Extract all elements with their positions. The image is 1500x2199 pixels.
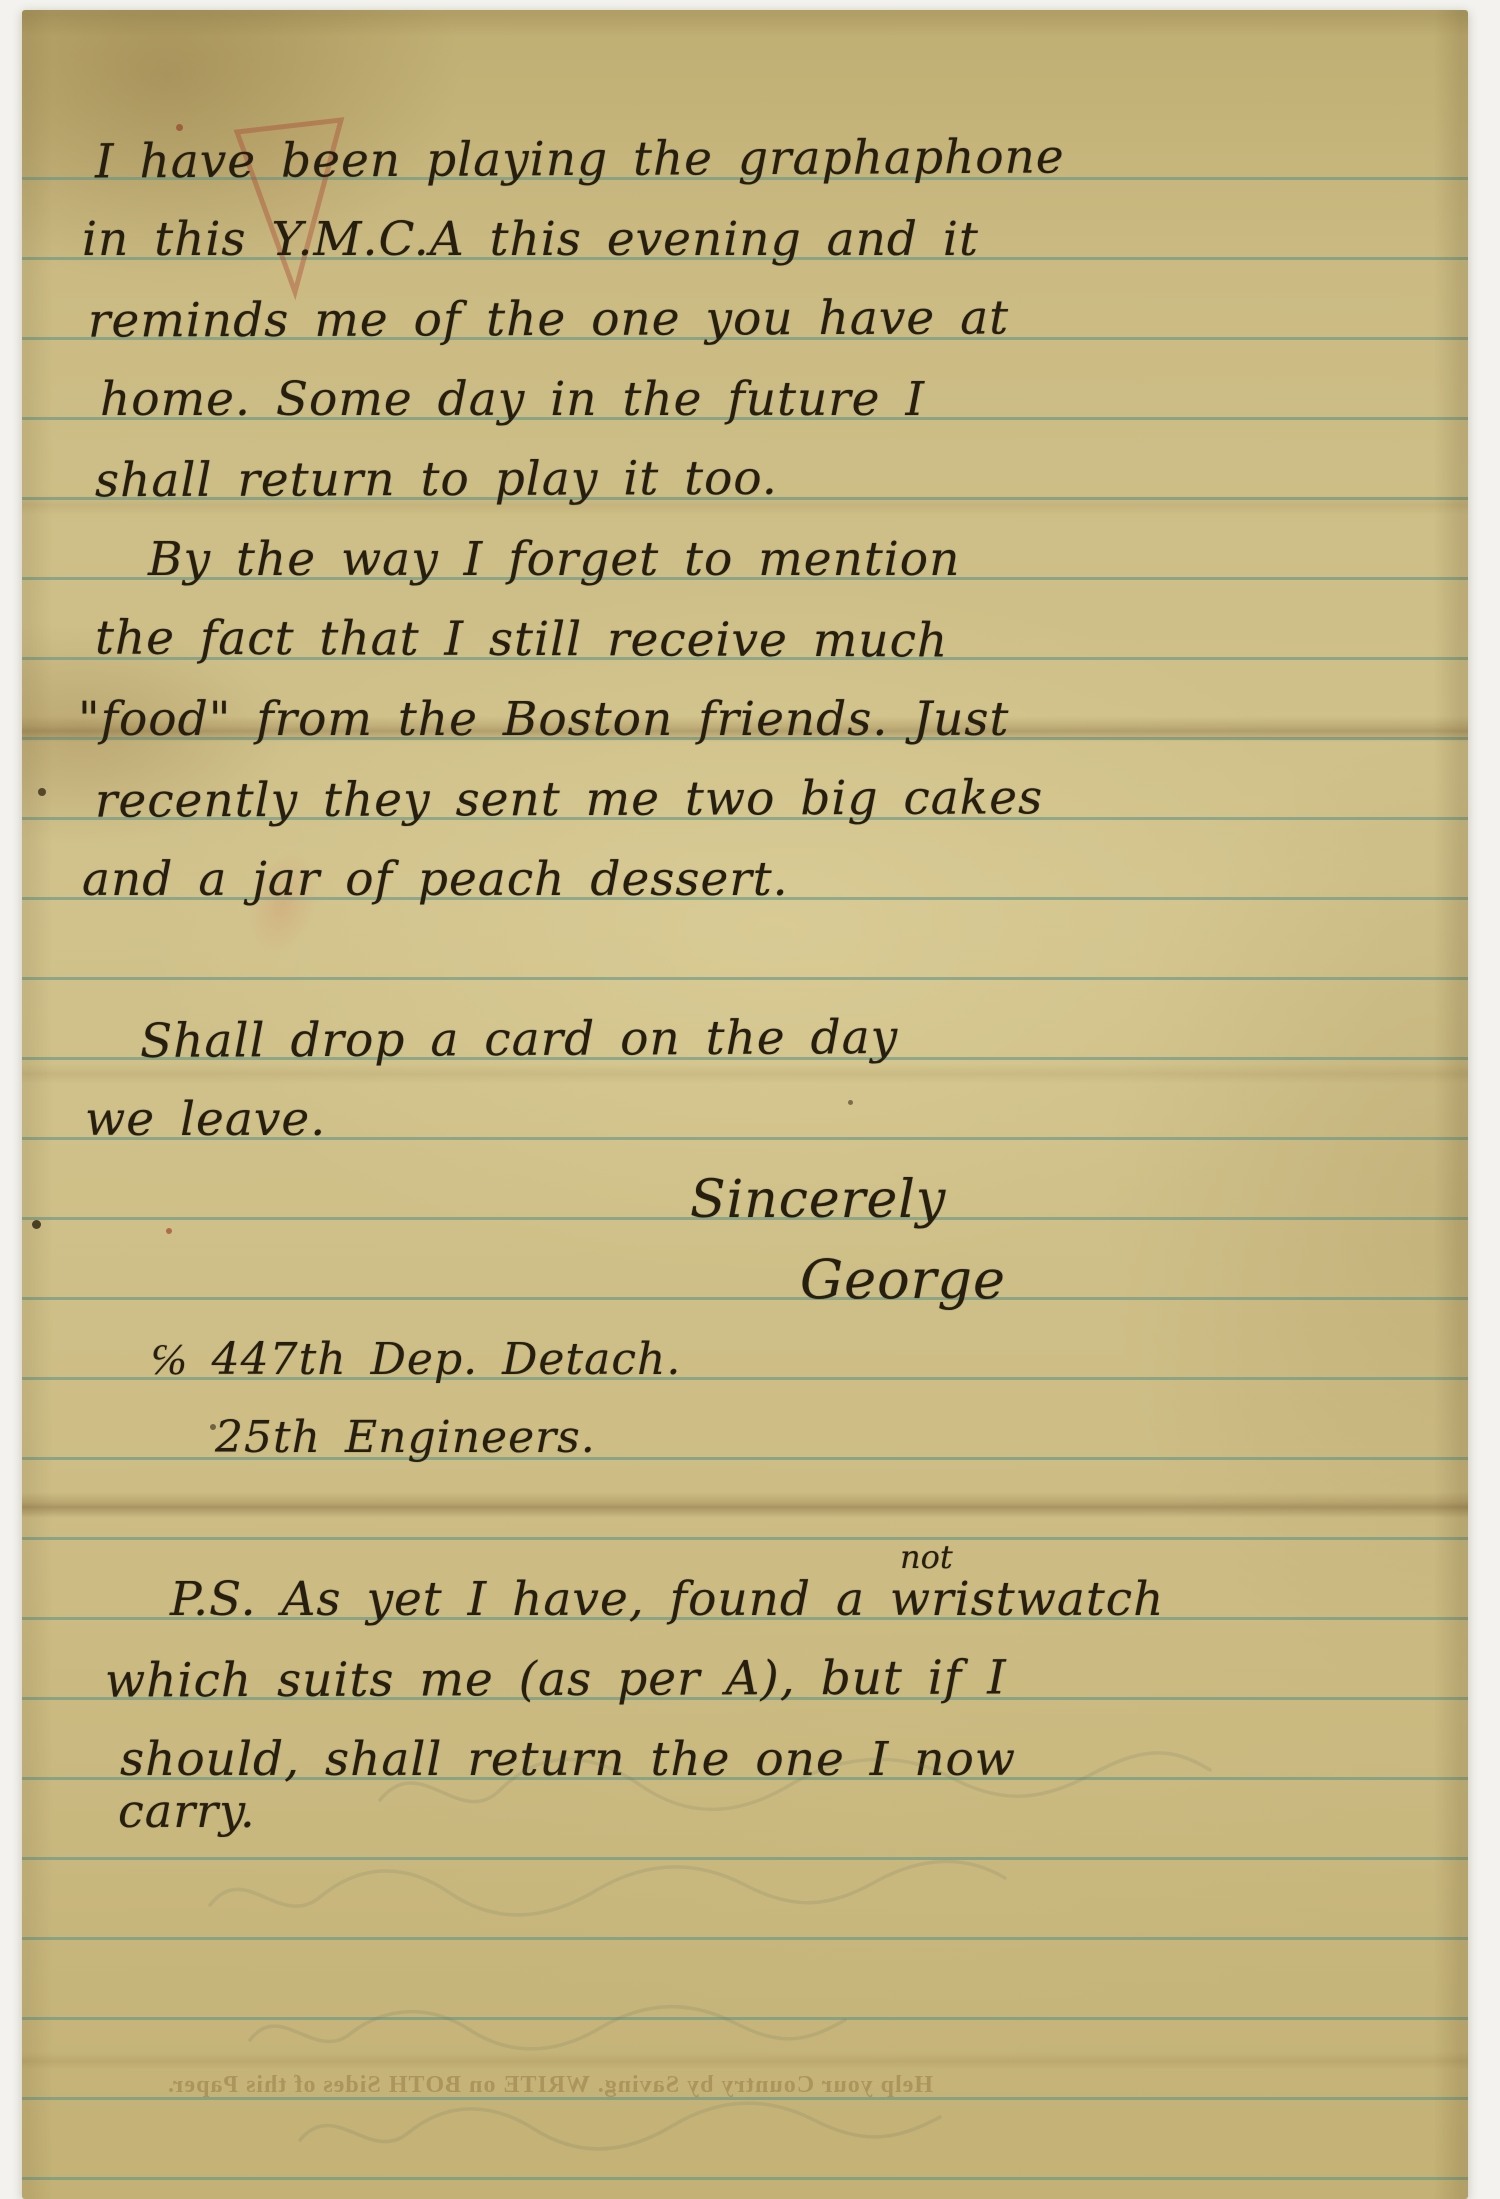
ink-speck xyxy=(176,124,183,131)
unit-address-line-1: ℅ 447th Dep. Detach. xyxy=(150,1336,681,1384)
ink-speck xyxy=(38,788,46,796)
handwriting-line-10: and a jar of peach dessert. xyxy=(82,854,789,906)
handwriting-line-5: shall return to play it too. xyxy=(95,453,778,507)
handwriting-line-4: home. Some day in the future I xyxy=(100,374,925,426)
handwriting-line-8: "food" from the Boston friends. Just xyxy=(78,694,1009,746)
handwriting-line-9: recently they sent me two big cakes xyxy=(95,772,1043,827)
handwriting-line-11: Shall drop a card on the day xyxy=(140,1012,899,1068)
unit-address-line-2: 25th Engineers. xyxy=(215,1414,596,1462)
signature: George xyxy=(800,1250,1006,1309)
letter-scan: I have been playing the graphaphone in t… xyxy=(0,0,1500,2199)
handwriting-line-7: the fact that I still receive much xyxy=(95,613,948,668)
handwriting-line-12: we leave. xyxy=(85,1094,326,1146)
ink-speck xyxy=(848,1100,853,1105)
ink-speck xyxy=(166,1228,172,1234)
postscript-insertion-not: not xyxy=(900,1540,953,1575)
handwriting-line-6: By the way I forget to mention xyxy=(148,534,960,586)
handwriting-line-2: in this Y.M.C.A this evening and it xyxy=(82,214,979,266)
postscript-line-1: P.S. As yet I have, found a wristwatch xyxy=(170,1574,1164,1626)
ink-speck xyxy=(32,1220,41,1229)
handwriting-line-3: reminds me of the one you have at xyxy=(88,292,1009,347)
valediction: Sincerely xyxy=(690,1172,946,1229)
bleedthrough-strokes xyxy=(0,1700,1500,2199)
handwriting-line-1: I have been playing the graphaphone xyxy=(95,131,1065,188)
